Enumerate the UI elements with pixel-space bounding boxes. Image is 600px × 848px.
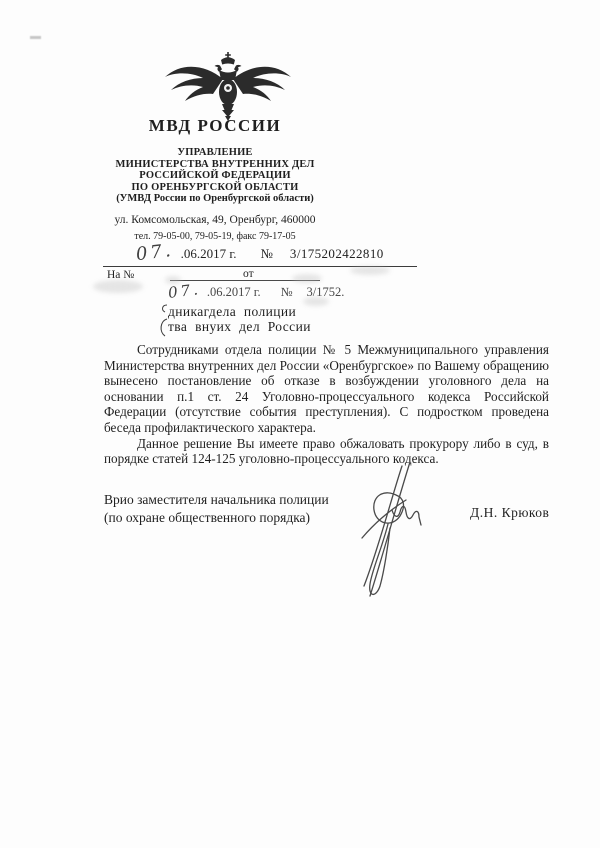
from-label: от [243, 268, 254, 280]
scan-smudge [165, 276, 181, 284]
org-name-line: МИНИСТЕРСТВА ВНУТРЕННИХ ДЕЛ [40, 159, 390, 171]
body-paragraph: Сотрудниками отдела полиции № 5 Межмуниц… [104, 342, 549, 436]
outgoing-number: 3/175202422810 [290, 246, 384, 262]
org-abbreviation: (УМВД России по Оренбургской области) [40, 193, 390, 204]
recipient-line: дникагдела полиции [168, 305, 311, 320]
org-title: МВД РОССИИ [40, 116, 390, 136]
number-sign: № [281, 285, 293, 300]
scanned-letter-page: МВД РОССИИ УПРАВЛЕНИЕ МИНИСТЕРСТВА ВНУТР… [0, 0, 600, 848]
printed-date: .06.2017 г. [207, 285, 261, 300]
body-paragraph: Данное решение Вы имеете право обжаловат… [104, 436, 549, 467]
org-name-block: УПРАВЛЕНИЕ МИНИСТЕРСТВА ВНУТРЕННИХ ДЕЛ Р… [40, 147, 390, 193]
scan-smudge [93, 280, 143, 293]
outgoing-reference-row: 07. .06.2017 г. № 3/175202422810 [136, 242, 384, 263]
scan-smudge [350, 266, 390, 275]
handwritten-signature [336, 458, 440, 603]
scan-smudge [292, 274, 322, 283]
signer-position-line: Врио заместителя начальника полиции [104, 491, 329, 509]
handwritten-day: 07. [135, 240, 175, 265]
letter-body: Сотрудниками отдела полиции № 5 Межмуниц… [104, 342, 549, 467]
org-name-line: РОССИЙСКОЙ ФЕДЕРАЦИИ [40, 170, 390, 182]
signer-position-line: (по охране общественного порядка) [104, 509, 329, 527]
org-name-line: УПРАВЛЕНИЕ [40, 147, 390, 159]
org-address: ул. Комсомольская, 49, Оренбург, 460000 [40, 214, 390, 226]
recipient-fragment: дникагдела полиции тва внуих дел России [168, 305, 311, 334]
scan-artifact-dash [30, 36, 41, 39]
mvd-eagle-emblem-icon [163, 52, 293, 122]
signer-position: Врио заместителя начальника полиции (по … [104, 491, 329, 526]
printed-date: .06.2017 г. [181, 246, 237, 262]
recipient-line: тва внуих дел России [168, 320, 311, 335]
org-name-line: ПО ОРЕНБУРГСКОЙ ОБЛАСТИ [40, 182, 390, 194]
signer-name: Д.Н. Крюков [470, 505, 549, 521]
org-phone: тел. 79-05-00, 79-05-19, факс 79-17-05 [40, 231, 390, 242]
number-sign: № [261, 246, 273, 262]
